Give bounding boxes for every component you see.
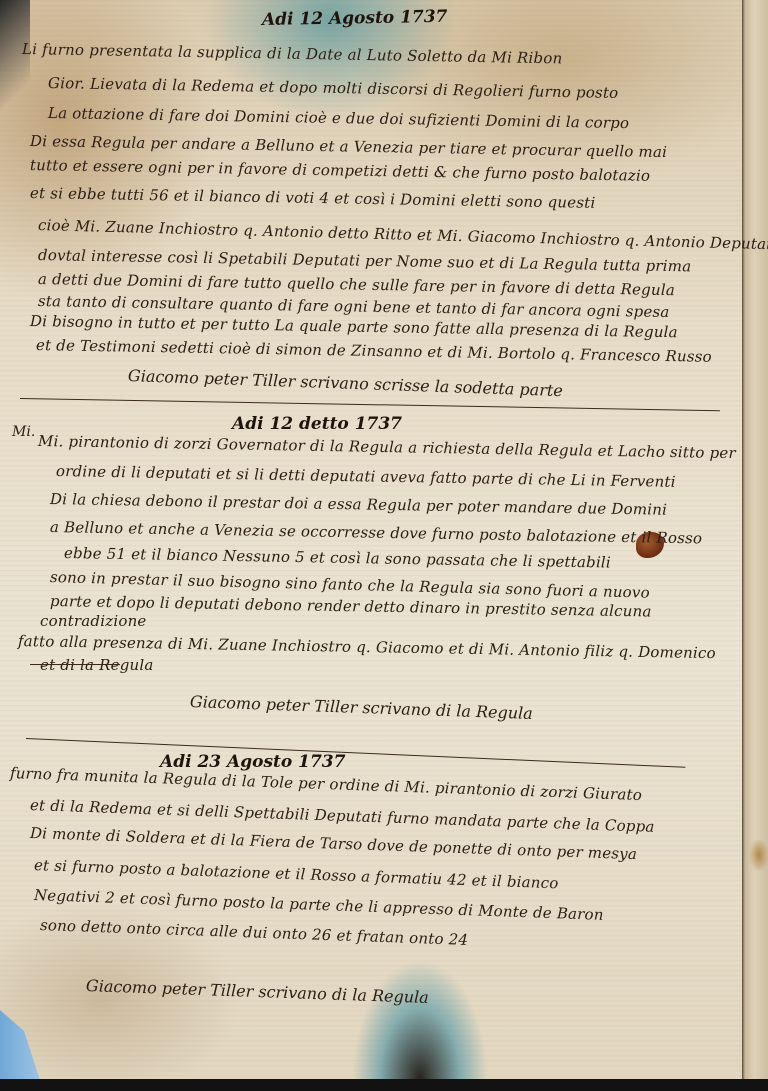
entry-line: Di la chiesa debono il prestar doi a ess… [50,490,667,519]
underline [30,664,120,665]
entry-line: et si ebbe tutti 56 et il bianco di voti… [30,184,596,212]
section-divider [20,398,720,411]
entry-line: et si furno posto a balotazione et il Ro… [34,856,559,892]
manuscript-page: Adi 12 Agosto 1737 Li furno presentata l… [0,0,768,1091]
entry-line: sono detto onto circa alle dui onto 26 e… [40,916,469,949]
entry-date: Adi 23 Agosto 1737 [160,752,345,772]
margin-note: Mi. [12,424,35,440]
entry-line: Mi. pirantonio di zorzi Governator di la… [38,432,736,462]
entry-date: Adi 12 Agosto 1737 [262,7,448,30]
page-bottom-edge [0,1079,768,1091]
entry-line: La ottazione di fare doi Domini cioè e d… [48,104,630,132]
entry-line: et di la Regula [40,656,154,674]
entry-line: ebbe 51 et il bianco Nessuno 5 et così l… [64,544,611,572]
binding-spine [742,0,768,1091]
scribe-signature: Giacomo peter Tiller scrivano di la Regu… [190,692,533,723]
entry-line: a Belluno et anche a Venezia se occorres… [50,518,703,547]
entry-line: contradizione [40,612,147,630]
entry-line: et de Testimoni sedetti cioè di simon de… [36,336,712,366]
scribe-signature: Giacomo peter Tiller scrivano scrisse la… [128,366,563,400]
entry-line: Li furno presentata la supplica di la Da… [22,40,563,67]
entry-date: Adi 12 detto 1737 [232,414,402,434]
section-divider [26,738,685,768]
water-stain [750,840,768,870]
entry-line: Gior. Lievata di la Redema et dopo molti… [48,74,619,102]
entry-line: ordine di li deputati et si li detti dep… [56,462,676,491]
scribe-signature: Giacomo peter Tiller scrivano di la Regu… [86,976,429,1007]
entry-line: tutto et essere ogni per in favore di co… [30,156,651,185]
background-blue-edge [0,1010,40,1080]
